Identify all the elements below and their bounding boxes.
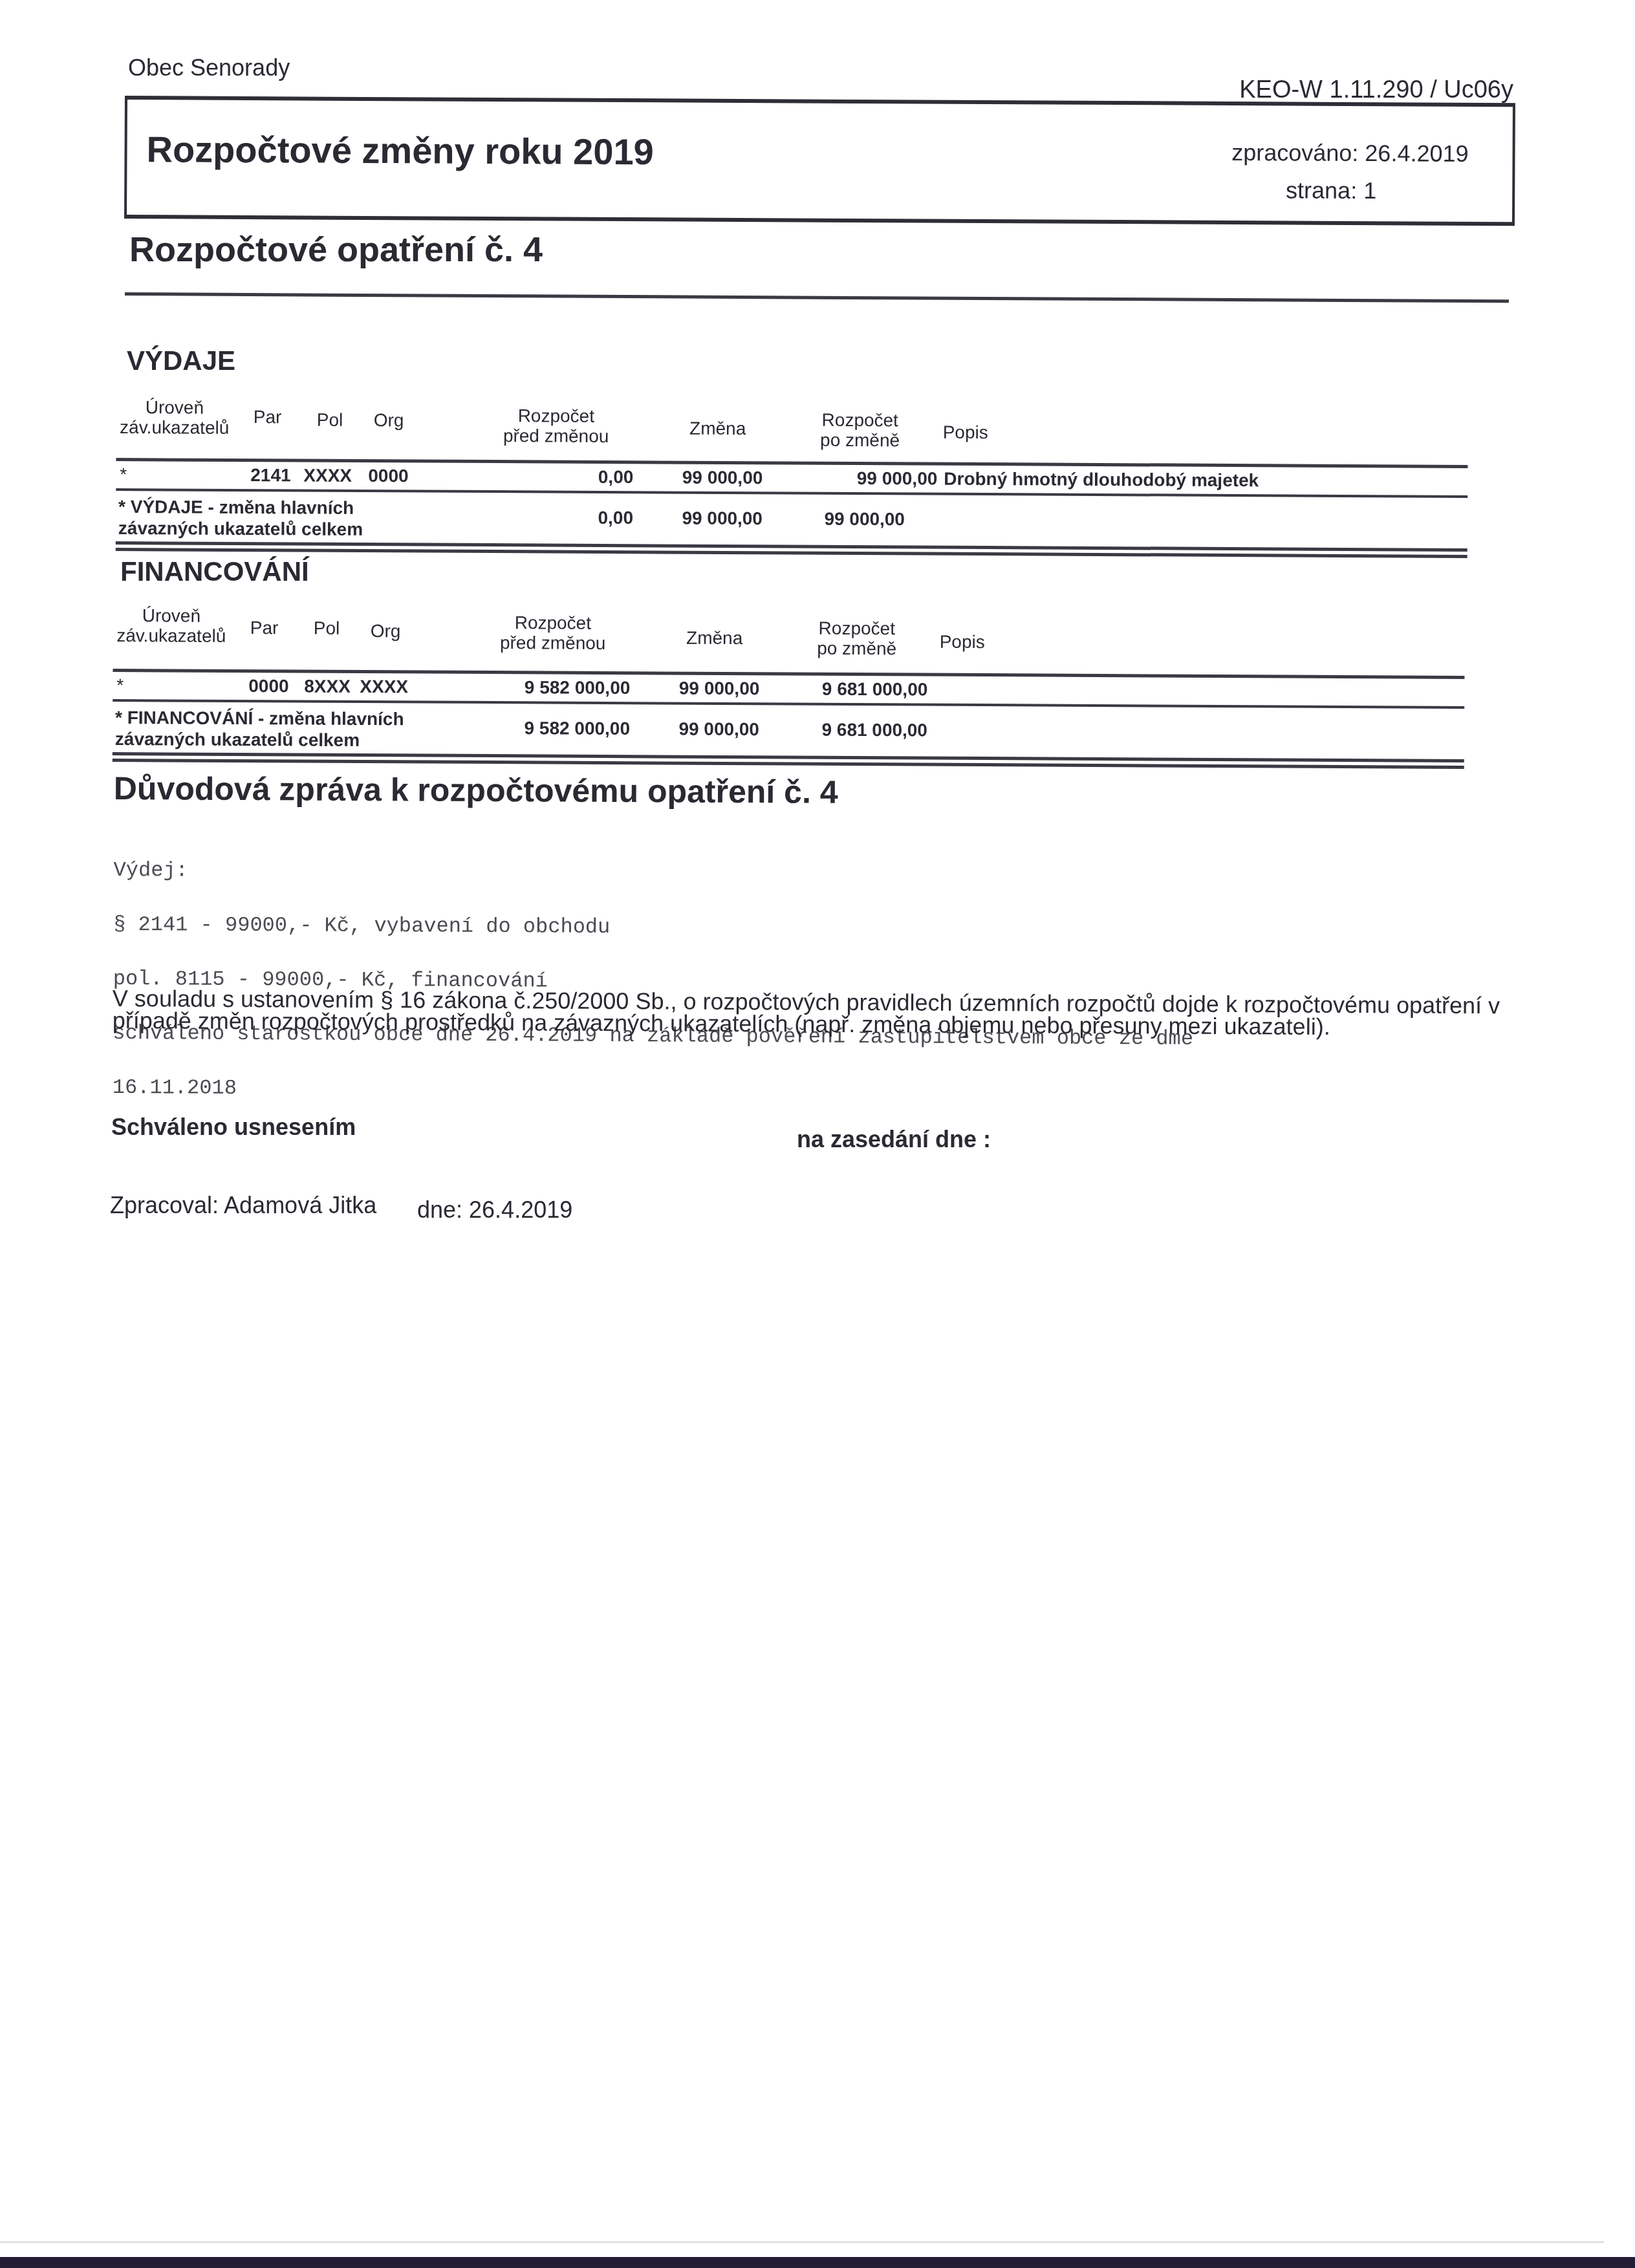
col-org: Org (371, 621, 401, 641)
cell-change: 99 000,00 (630, 678, 759, 699)
organization-name: Obec Senorady (128, 54, 290, 81)
cell-par: 2141 (250, 465, 290, 486)
total-before: 0,00 (504, 507, 633, 528)
reason-line: Výdej: (114, 861, 1195, 885)
col-before: Rozpočetpřed změnou (482, 612, 624, 653)
prepared-by: Zpracoval: Adamová Jitka (110, 1192, 376, 1219)
table-total-row: * FINANCOVÁNÍ - změna hlavníchzávazných … (113, 702, 1464, 759)
cell-before: 9 582 000,00 (475, 677, 630, 698)
cell-par: 0000 (248, 676, 288, 697)
report-title: Rozpočtové změny roku 2019 (146, 128, 654, 173)
software-version: KEO-W 1.11.290 / Uc06y (1239, 76, 1513, 104)
total-after: 9 681 000,00 (779, 719, 927, 740)
table-header: Úroveňzáv.ukazatelů Par Pol Org Rozpočet… (113, 605, 1464, 676)
processed-date: zpracováno: 26.4.2019 (1231, 139, 1469, 167)
total-after: 99 000,00 (795, 508, 905, 530)
col-level: Úroveňzáv.ukazatelů (116, 397, 233, 438)
financovani-table: Úroveňzáv.ukazatelů Par Pol Org Rozpočet… (113, 605, 1465, 769)
total-label: * VÝDAJE - změna hlavníchzávazných ukaza… (118, 496, 363, 540)
cell-org: XXXX (360, 676, 408, 697)
cell-pol: XXXX (303, 466, 352, 486)
divider (125, 292, 1509, 303)
reason-line: 16.11.2018 (113, 1079, 1193, 1103)
col-after: Rozpočetpo změně (805, 618, 909, 659)
reason-title: Důvodová zpráva k rozpočtovému opatření … (114, 770, 838, 811)
col-pol: Pol (317, 410, 343, 430)
scan-artifact-line (0, 2241, 1604, 2243)
total-change: 99 000,00 (633, 508, 763, 529)
processed-label: zpracováno: (1231, 139, 1358, 166)
col-change: Změna (669, 628, 760, 649)
col-par: Par (250, 618, 279, 638)
page-number: strana: 1 (1286, 177, 1376, 204)
col-pol: Pol (314, 618, 340, 638)
col-change: Změna (673, 418, 763, 439)
cell-after: 99 000,00 (795, 468, 937, 489)
cell-after: 9 681 000,00 (779, 678, 927, 700)
cell-org: 0000 (368, 466, 408, 486)
col-description: Popis (943, 422, 988, 442)
scan-edge (0, 2257, 1635, 2268)
legal-text: V souladu s ustanovením § 16 zákona č.25… (113, 988, 1510, 1039)
total-before: 9 582 000,00 (475, 718, 630, 739)
prepared-date: dne: 26.4.2019 (417, 1196, 572, 1224)
table-total-row: * VÝDAJE - změna hlavníchzávazných ukaza… (116, 491, 1467, 548)
reason-line: § 2141 - 99000,- Kč, vybavení do obchodu (113, 916, 1194, 940)
page-label: strana: (1286, 177, 1357, 204)
col-before: Rozpočetpřed změnou (485, 405, 627, 446)
col-par: Par (254, 407, 282, 427)
total-change: 99 000,00 (630, 718, 759, 740)
approved-by-resolution-label: Schváleno usnesením (111, 1114, 356, 1141)
cell-change: 99 000,00 (633, 467, 763, 488)
col-description: Popis (940, 632, 985, 652)
col-org: Org (374, 410, 404, 430)
cell-before: 0,00 (504, 466, 633, 488)
section-title-vydaje: VÝDAJE (127, 345, 235, 376)
processed-value: 26.4.2019 (1365, 140, 1468, 167)
report-header-box: Rozpočtové změny roku 2019 zpracováno: 2… (124, 96, 1515, 226)
reason-notes: Výdej: § 2141 - 99000,- Kč, vybavení do … (113, 825, 1195, 1121)
vydaje-table: Úroveňzáv.ukazatelů Par Pol Org Rozpočet… (116, 394, 1468, 558)
page-value: 1 (1363, 177, 1376, 204)
cell-description: Drobný hmotný dlouhodobý majetek (944, 469, 1259, 491)
session-date-label: na zasedání dne : (797, 1126, 991, 1153)
total-label: * FINANCOVÁNÍ - změna hlavníchzávazných … (115, 707, 404, 751)
col-level: Úroveňzáv.ukazatelů (113, 605, 230, 646)
measure-title: Rozpočtové opatření č. 4 (129, 230, 543, 270)
table-header: Úroveňzáv.ukazatelů Par Pol Org Rozpočet… (116, 394, 1467, 465)
col-after: Rozpočetpo změně (808, 410, 912, 451)
cell-pol: 8XXX (304, 676, 351, 697)
cell-level: * (116, 675, 124, 696)
cell-level: * (120, 464, 127, 485)
section-title-financovani: FINANCOVÁNÍ (120, 556, 309, 587)
